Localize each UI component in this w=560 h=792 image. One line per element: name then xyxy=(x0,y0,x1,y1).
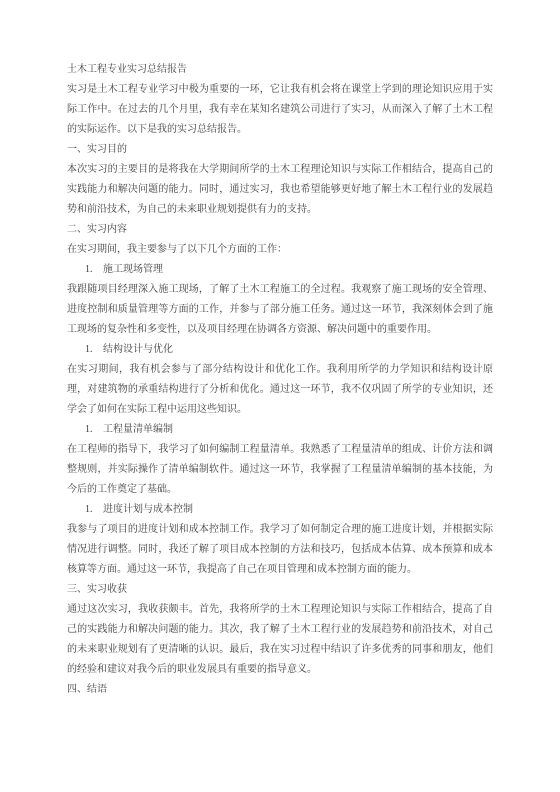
paragraph: 实习是土木工程专业学习中极为重要的一环，它让我有机会将在课堂上学到的理论知识应用… xyxy=(67,80,493,140)
list-number: 1. xyxy=(85,420,103,440)
section-heading: 四、结语 xyxy=(67,680,493,700)
document-content: 土木工程专业实习总结报告实习是土木工程专业学习中极为重要的一环，它让我有机会将在… xyxy=(67,60,493,700)
list-item-label: 进度计划与成本控制 xyxy=(103,504,193,515)
paragraph: 我跟随项目经理深入施工现场，了解了土木工程施工的全过程。我观察了施工现场的安全管… xyxy=(67,280,493,340)
paragraph: 通过这次实习，我收获颇丰。首先，我将所学的土木工程理论知识与实际工作相结合，提高… xyxy=(67,600,493,680)
list-number: 1. xyxy=(85,500,103,520)
section-heading: 三、实习收获 xyxy=(67,580,493,600)
list-item: 1.结构设计与优化 xyxy=(67,340,493,360)
list-item-label: 施工现场管理 xyxy=(103,264,163,275)
paragraph: 我参与了项目的进度计划和成本控制工作。我学习了如何制定合理的施工进度计划，并根据… xyxy=(67,520,493,580)
paragraph: 在实习期间，我有机会参与了部分结构设计和优化工作。我利用所学的力学知识和结构设计… xyxy=(67,360,493,420)
list-item: 1.工程量清单编制 xyxy=(67,420,493,440)
list-item-label: 结构设计与优化 xyxy=(103,344,173,355)
section-heading: 二、实习内容 xyxy=(67,220,493,240)
list-item: 1.进度计划与成本控制 xyxy=(67,500,493,520)
paragraph: 本次实习的主要目的是将我在大学期间所学的土木工程理论知识与实际工作相结合，提高自… xyxy=(67,160,493,220)
list-number: 1. xyxy=(85,260,103,280)
list-item: 1.施工现场管理 xyxy=(67,260,493,280)
list-item-label: 工程量清单编制 xyxy=(103,424,173,435)
document-page: 土木工程专业实习总结报告实习是土木工程专业学习中极为重要的一环，它让我有机会将在… xyxy=(0,0,560,792)
list-number: 1. xyxy=(85,340,103,360)
paragraph: 在工程师的指导下，我学习了如何编制工程量清单。我熟悉了工程量清单的组成、计价方法… xyxy=(67,440,493,500)
document-title: 土木工程专业实习总结报告 xyxy=(67,60,493,80)
paragraph: 在实习期间，我主要参与了以下几个方面的工作： xyxy=(67,240,493,260)
section-heading: 一、实习目的 xyxy=(67,140,493,160)
